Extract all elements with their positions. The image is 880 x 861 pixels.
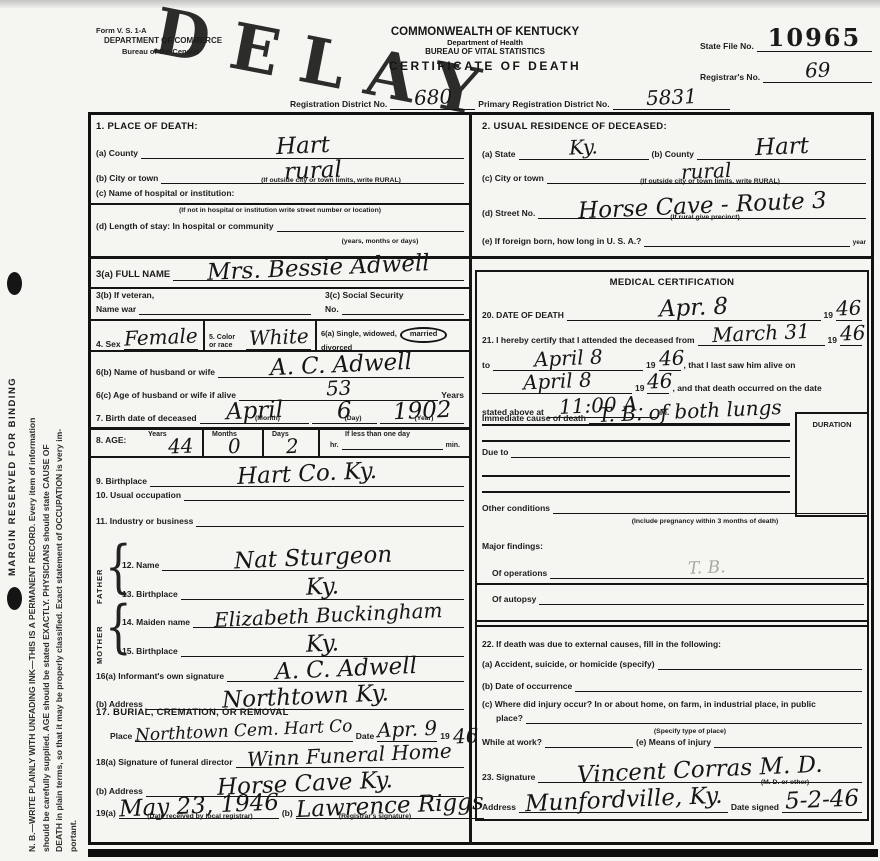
state-file-row: State File No. 10965 (700, 26, 872, 52)
registrar-no-label: Registrar's No. (700, 73, 760, 83)
age-label: 8. AGE: (96, 436, 126, 446)
mother-name-row: 14. Maiden name Elizabeth Buckingham (122, 606, 464, 628)
double-rule-top (477, 620, 867, 622)
full-name-value: Mrs. Bessie Adwell (207, 253, 430, 283)
date-of-death-label: 20. DATE OF DEATH (482, 311, 564, 321)
birth-date-label: 7. Birth date of deceased (96, 414, 197, 424)
injury-place-line (526, 722, 862, 724)
industry-row: 11. Industry or business (96, 517, 464, 527)
occurrence-row: (b) Date of occurrence (482, 682, 862, 692)
date-of-death-line: Apr. 8 (567, 298, 821, 321)
physician-addr-value: Munfordville, Ky. (524, 786, 722, 815)
bureau-vital-statistics: BUREAU OF VITAL STATISTICS (330, 47, 640, 56)
operations-line: T. B. (550, 560, 864, 579)
registrar-no-value: 69 (804, 60, 830, 79)
informant-sig-label: 16(a) Informant's own signature (96, 672, 224, 682)
at-work-label: While at work? (482, 738, 542, 748)
birth-year-hint: (Year) (386, 415, 462, 422)
marital-label: 6(a) Single, widowed, (321, 329, 397, 338)
birthplace-line: Hart Co. Ky. (150, 464, 464, 487)
certificate-title: CERTIFICATE OF DEATH (330, 59, 640, 73)
burial-place-line: Northtown Cem. Hart Co (135, 723, 353, 742)
date-signed-label: Date signed (731, 803, 779, 813)
margin-note-line4: portant. (67, 149, 81, 852)
reg-district-line: 680 (390, 88, 475, 110)
burial-place-row: Place Northtown Cem. Hart Co Date Apr. 9… (110, 720, 464, 742)
registration-district-row: Registration District No. 680 Primary Re… (290, 88, 730, 110)
res-city-label: (c) City or town (482, 174, 544, 184)
to-label: to (482, 361, 490, 371)
major-findings-label: Major findings: (482, 542, 543, 552)
age-hr-line (342, 448, 443, 450)
medical-title: MEDICAL CERTIFICATION (475, 277, 869, 288)
from-year-line: 46 (840, 324, 862, 346)
binding-hole-top (7, 272, 22, 295)
rule (88, 427, 470, 430)
age-years-value: 44 (168, 436, 194, 455)
last-seen-line: April 8 (482, 372, 632, 394)
mother-birthplace-label: 15. Birthplace (122, 647, 178, 657)
veteran-war-row: Name war (96, 305, 311, 315)
color-value: White (248, 327, 308, 348)
primary-district-label: Primary Registration District No. (478, 100, 609, 110)
physician-sig-hint: (M. D. or other) (720, 779, 850, 786)
autopsy-line (539, 603, 864, 605)
binding-hole-bottom (7, 587, 22, 610)
father-side-label: FATHER (95, 546, 104, 604)
blank-line (482, 475, 790, 477)
cause-value: T. B. of both lungs (597, 398, 781, 424)
injury-place-label: place? (496, 714, 523, 724)
other-conditions-label: Other conditions (482, 504, 550, 514)
primary-district-value: 5831 (645, 87, 697, 107)
physician-addr-label: Address (482, 803, 516, 813)
certify-to-row: to April 8 19 46 , that I last saw him a… (482, 349, 862, 371)
full-name-row: 3(a) FULL NAME Mrs. Bessie Adwell (96, 258, 464, 281)
sex-label: 4. Sex (96, 340, 121, 350)
age-months-value: 0 (228, 437, 242, 456)
last-year-line: 46 (647, 372, 669, 394)
pod-county-label: (a) County (96, 149, 138, 159)
mother-birthplace-line: Ky. (181, 634, 464, 657)
marital-married-circled: married (400, 327, 448, 343)
age-hr-label: hr. (330, 442, 339, 450)
pod-street-hint: (If not in hospital or institution write… (110, 207, 450, 214)
ssn-no-label: No. (325, 305, 339, 315)
rule (88, 456, 470, 458)
due-to-line (511, 456, 790, 458)
header-center-block: COMMONWEALTH OF KENTUCKY Department of H… (330, 26, 640, 73)
pod-city-hint: (If outside city or town limits, write R… (200, 177, 462, 184)
pod-county-line: Hart (141, 136, 464, 159)
place-of-death-title: 1. PLACE OF DEATH: (96, 121, 198, 132)
mother-side-label: MOTHER (95, 606, 104, 664)
from-year-value: 46 (840, 323, 866, 342)
sex-value: Female (124, 326, 198, 347)
state-file-number: 10965 (768, 23, 862, 52)
margin-note-line2: should be carefully supplied. AGE should… (40, 149, 54, 852)
cell-divider (315, 321, 317, 350)
age-hr-min-row: hr. min. (330, 442, 460, 450)
received-hint: (Date received by local registrar) (110, 813, 290, 820)
autopsy-label: Of autopsy (492, 595, 536, 605)
autopsy-row: Of autopsy (492, 595, 864, 605)
husband-age-label: 6(c) Age of husband or wife if alive (96, 391, 236, 401)
operations-value: T. B. (688, 560, 726, 577)
rule (477, 583, 867, 585)
state-file-line: 10965 (757, 26, 872, 52)
certify-from-row: 21. I hereby certify that I attended the… (482, 324, 862, 346)
veteran-label: 3(b) If veteran, (96, 291, 154, 301)
color-row: 5. Color or race White (209, 328, 311, 350)
blank-line (482, 424, 790, 426)
informant-sig-row: 16(a) Informant's own signature A. C. Ad… (96, 659, 464, 682)
at-work-row: While at work? (e) Means of injury (482, 738, 862, 748)
funeral-director-line: Winn Funeral Home (236, 746, 465, 768)
accident-line (658, 668, 862, 670)
veteran-war-label: Name war (96, 305, 136, 315)
ssn-label: 3(c) Social Security (325, 291, 403, 301)
reg-district-value: 680 (413, 87, 452, 107)
scan-edge-shade (0, 0, 880, 8)
registrar-sig-hint: (Registrar's signature) (300, 813, 450, 820)
from-year-prefix: 19 (828, 336, 837, 346)
margin-binding-text: MARGIN RESERVED FOR BINDING (7, 304, 18, 576)
birthplace-label: 9. Birthplace (96, 477, 147, 487)
pod-stay-line (277, 230, 464, 232)
rule (88, 203, 470, 205)
due-to-row: Due to (482, 448, 790, 458)
funeral-director-label: 18(a) Signature of funeral director (96, 758, 233, 768)
ssn-no-line (342, 313, 464, 315)
full-name-label: 3(a) FULL NAME (96, 270, 170, 281)
res-state-county-row: (a) State Ky. (b) County Hart (482, 137, 866, 160)
birth-day-hint: (Day) (322, 415, 384, 422)
burial-date-value: Apr. 9 (377, 719, 438, 740)
residence-title: 2. USUAL RESIDENCE OF DECEASED: (482, 121, 667, 132)
res-state-value: Ky. (569, 137, 598, 156)
registrar-no-row: Registrar's No. 69 (700, 61, 872, 83)
physician-addr-line: Munfordville, Ky. (519, 790, 728, 813)
registrar-no-line: 69 (763, 61, 872, 83)
cell-divider (318, 429, 320, 456)
department-of-health: Department of Health (330, 38, 640, 47)
cause-row: Immediate cause of death T. B. of both l… (482, 402, 790, 424)
margin-note: N. B.—WRITE PLAINLY WITH UNFADING INK—TH… (26, 149, 80, 852)
cause-label: Immediate cause of death (482, 414, 586, 424)
accident-row: (a) Accident, suicide, or homicide (spec… (482, 660, 862, 670)
commonwealth-title: COMMONWEALTH OF KENTUCKY (330, 26, 640, 38)
scan-bottom-band (88, 849, 878, 857)
blank-line (482, 491, 790, 493)
res-city-hint: (If outside city or town limits, write R… (570, 178, 850, 185)
father-name-value: Nat Sturgeon (234, 545, 393, 573)
industry-line (196, 525, 464, 527)
mother-name-value: Elizabeth Buckingham (214, 601, 443, 629)
scanned-death-certificate: MARGIN RESERVED FOR BINDING N. B.—WRITE … (0, 0, 880, 861)
physician-sig-label: 23. Signature (482, 773, 535, 783)
father-birthplace-row: 13. Birthplace Ky. (122, 577, 464, 600)
res-foreign-unit: year (853, 239, 866, 246)
husband-line: A. C. Adwell (218, 355, 464, 378)
pod-county-row: (a) County Hart (96, 136, 464, 159)
age-days-value: 2 (286, 437, 300, 456)
full-name-line: Mrs. Bessie Adwell (173, 258, 464, 281)
file-numbers-block: State File No. 10965 Registrar's No. 69 (700, 26, 872, 83)
reg-district-label: Registration District No. (290, 100, 387, 110)
pod-city-label: (b) City or town (96, 174, 158, 184)
mother-name-line: Elizabeth Buckingham (193, 606, 464, 628)
last-seen-row: April 8 19 46 , and that death occurred … (482, 372, 862, 394)
to-tail: , that I last saw him alive on (684, 361, 796, 371)
res-foreign-label: (e) If foreign born, how long in U. S. A… (482, 237, 641, 247)
means-line (714, 746, 862, 748)
veteran-war-line (139, 313, 311, 315)
mother-name-label: 14. Maiden name (122, 618, 190, 628)
occupation-line (184, 499, 464, 501)
other-conditions-hint: (Include pregnancy within 3 months of de… (560, 518, 850, 525)
cell-divider (202, 429, 204, 456)
pod-hospital-label: (c) Name of hospital or institution: (96, 189, 234, 199)
father-name-row: 12. Name Nat Sturgeon (122, 548, 464, 571)
husband-row: 6(b) Name of husband or wife A. C. Adwel… (96, 355, 464, 378)
res-county-label: (b) County (652, 150, 695, 160)
husband-age-value: 53 (326, 378, 352, 397)
cause-line: T. B. of both lungs (589, 402, 790, 424)
occupation-label: 10. Usual occupation (96, 491, 181, 501)
duration-box: DURATION (795, 412, 869, 517)
to-year-value: 46 (658, 348, 684, 367)
pod-stay-row: (d) Length of stay: In hospital or commu… (96, 222, 464, 232)
margin-note-line1: N. B.—WRITE PLAINLY WITH UNFADING INK—TH… (26, 149, 40, 852)
res-county-value: Hart (754, 136, 809, 159)
burial-title: 17. BURIAL, CREMATION, OR REMOVAL (96, 707, 289, 718)
funeral-director-value: Winn Funeral Home (247, 742, 452, 769)
burial-date-label: Date (356, 732, 374, 742)
mother-birthplace-value: Ky. (305, 633, 339, 655)
cell-divider (203, 321, 205, 350)
pod-county-value: Hart (275, 135, 330, 158)
cell-divider (262, 429, 264, 456)
last-year-value: 46 (647, 371, 673, 390)
blank-line (482, 440, 790, 442)
pod-stay-hint: (years, months or days) (300, 238, 460, 245)
date-of-death-row: 20. DATE OF DEATH Apr. 8 19 46 (482, 298, 862, 321)
informant-sig-line: A. C. Adwell (227, 659, 464, 682)
dod-year-value: 46 (836, 298, 862, 317)
state-file-label: State File No. (700, 42, 754, 52)
res-street-label: (d) Street No. (482, 209, 535, 219)
at-work-line (545, 746, 633, 748)
burial-place-value: Northtown Cem. Hart Co (135, 719, 353, 744)
res-state-line: Ky. (519, 138, 649, 160)
last-tail: , and that death occurred on the date (672, 384, 821, 394)
occurrence-line (575, 690, 862, 692)
occurrence-label: (b) Date of occurrence (482, 682, 572, 692)
res-county-line: Hart (697, 137, 866, 160)
sex-line: Female (124, 328, 198, 350)
other-conditions-line (553, 512, 866, 514)
date-signed-line: 5-2-46 (782, 790, 862, 813)
operations-label: Of operations (492, 569, 547, 579)
birthplace-row: 9. Birthplace Hart Co. Ky. (96, 464, 464, 487)
res-foreign-row: (e) If foreign born, how long in U. S. A… (482, 237, 866, 247)
res-street-hint: (If rural give precinct) (610, 214, 800, 221)
ssn-no-row: No. (325, 305, 464, 315)
duration-label: DURATION (812, 420, 851, 429)
funeral-director-row: 18(a) Signature of funeral director Winn… (96, 746, 464, 768)
age-less-label: If less than one day (345, 431, 410, 439)
occupation-row: 10. Usual occupation (96, 491, 464, 501)
burial-place-label: Place (110, 732, 132, 742)
external-causes-title: 22. If death was due to external causes,… (482, 640, 721, 650)
physician-addr-row: Address Munfordville, Ky. Date signed 5-… (482, 790, 862, 813)
birthplace-value: Hart Co. Ky. (237, 461, 378, 488)
age-years-label: Years (148, 431, 167, 439)
dod-year-prefix: 19 (824, 311, 833, 321)
res-state-label: (a) State (482, 150, 516, 160)
operations-row: Of operations T. B. (492, 560, 864, 579)
margin-note-line3: DEATH in plain terms, so that it may be … (53, 149, 67, 852)
primary-district-line: 5831 (613, 88, 730, 110)
certify-from-value: March 31 (712, 322, 811, 344)
father-birthplace-value: Ky. (305, 576, 339, 598)
res-foreign-line (644, 245, 849, 247)
father-birthplace-line: Ky. (181, 577, 464, 600)
date-of-death-value: Apr. 8 (659, 297, 729, 321)
color-label: 5. Color or race (209, 334, 243, 350)
father-name-label: 12. Name (122, 561, 159, 571)
last-seen-value: April 8 (522, 371, 591, 392)
father-name-line: Nat Sturgeon (162, 548, 464, 571)
rule (88, 287, 470, 289)
age-min-label: min. (446, 442, 460, 450)
injury-where-label: (c) Where did injury occur? In or about … (482, 700, 862, 710)
informant-sig-value: A. C. Adwell (274, 656, 417, 683)
sex-row: 4. Sex Female (96, 328, 198, 350)
rule (88, 319, 470, 321)
pod-stay-label: (d) Length of stay: In hospital or commu… (96, 222, 274, 232)
color-line: White (246, 328, 311, 350)
means-label: (e) Means of injury (636, 738, 711, 748)
other-conditions-row: Other conditions (482, 504, 866, 514)
dod-year-line: 46 (836, 299, 862, 321)
due-to-label: Due to (482, 448, 508, 458)
date-signed-value: 5-2-46 (785, 788, 860, 812)
husband-label: 6(b) Name of husband or wife (96, 368, 215, 378)
accident-label: (a) Accident, suicide, or homicide (spec… (482, 660, 655, 670)
industry-label: 11. Industry or business (96, 517, 193, 527)
double-rule-bottom (477, 625, 867, 627)
injury-place-hint: (Specify type of place) (600, 728, 780, 735)
to-value: April 8 (533, 348, 602, 369)
husband-value: A. C. Adwell (270, 352, 413, 379)
birth-month-hint: (Month) (215, 415, 320, 422)
injury-place-row: place? (496, 714, 862, 724)
marital-cell: 6(a) Single, widowed,married divorced (321, 323, 464, 352)
certify-from-line: March 31 (698, 324, 825, 346)
